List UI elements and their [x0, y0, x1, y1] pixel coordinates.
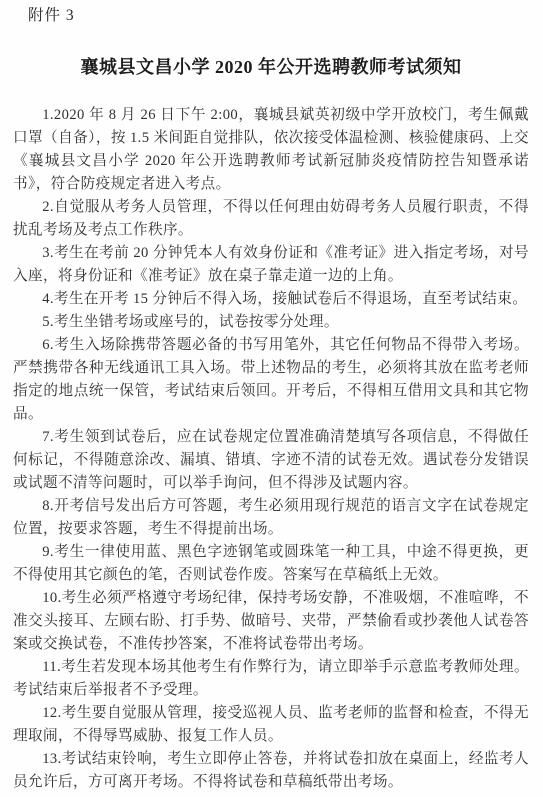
document-title: 襄城县文昌小学 2020 年公开选聘教师考试须知 — [13, 53, 529, 79]
notice-paragraph-12: 12.考生要自觉服从管理，接受巡视人员、监考老师的监督和检查，不得无理取闹，不得… — [13, 702, 529, 748]
notice-paragraph-1: 1.2020 年 8 月 26 日下午 2:00，襄城县斌英初级中学开放校门，考… — [13, 104, 529, 196]
notice-paragraph-9: 9.考生一律使用蓝、黑色字迹钢笔或圆珠笔一种工具，中途不得更换，更不得使用其它颜… — [13, 541, 529, 587]
notice-paragraph-3: 3.考生在考前 20 分钟凭本人有效身份证和《准考证》进入指定考场，对号入座，将… — [13, 242, 529, 288]
notice-paragraph-4: 4.考生在开考 15 分钟后不得入场，接触试卷后不得退场，直至考试结束。 — [13, 288, 529, 311]
notice-paragraph-10: 10.考生必须严格遵守考场纪律，保持考场安静，不准吸烟，不准喧哗，不准交头接耳、… — [13, 587, 529, 656]
notice-paragraph-8: 8.开考信号发出后方可答题，考生必须用现行规范的语言文字在试卷规定位置，按要求答… — [13, 495, 529, 541]
document-page: 附件 3 襄城县文昌小学 2020 年公开选聘教师考试须知 1.2020 年 8… — [0, 0, 543, 797]
notice-paragraph-7: 7.考生领到试卷后，应在试卷规定位置准确清楚填写各项信息，不得做任何标记，不得随… — [13, 426, 529, 495]
notice-paragraph-11: 11.考生若发现本场其他考生有作弊行为，请立即举手示意监考教师处理。考试结束后举… — [13, 656, 529, 702]
notice-paragraph-6: 6.考生入场除携带答题必备的书写用笔外，其它任何物品不得带入考场。严禁携带各种无… — [13, 334, 529, 426]
notice-paragraph-13: 13.考试结束铃响，考生立即停止答卷，并将试卷扣放在桌面上，经监考人员允许后，方… — [13, 748, 529, 794]
notice-paragraph-2: 2.自觉服从考务人员管理，不得以任何理由妨碍考务人员履行职责，不得扰乱考场及考点… — [13, 196, 529, 242]
notice-paragraph-5: 5.考生坐错考场或座号的，试卷按零分处理。 — [13, 311, 529, 334]
notice-body: 1.2020 年 8 月 26 日下午 2:00，襄城县斌英初级中学开放校门，考… — [13, 104, 529, 794]
attachment-label: 附件 3 — [13, 6, 529, 26]
